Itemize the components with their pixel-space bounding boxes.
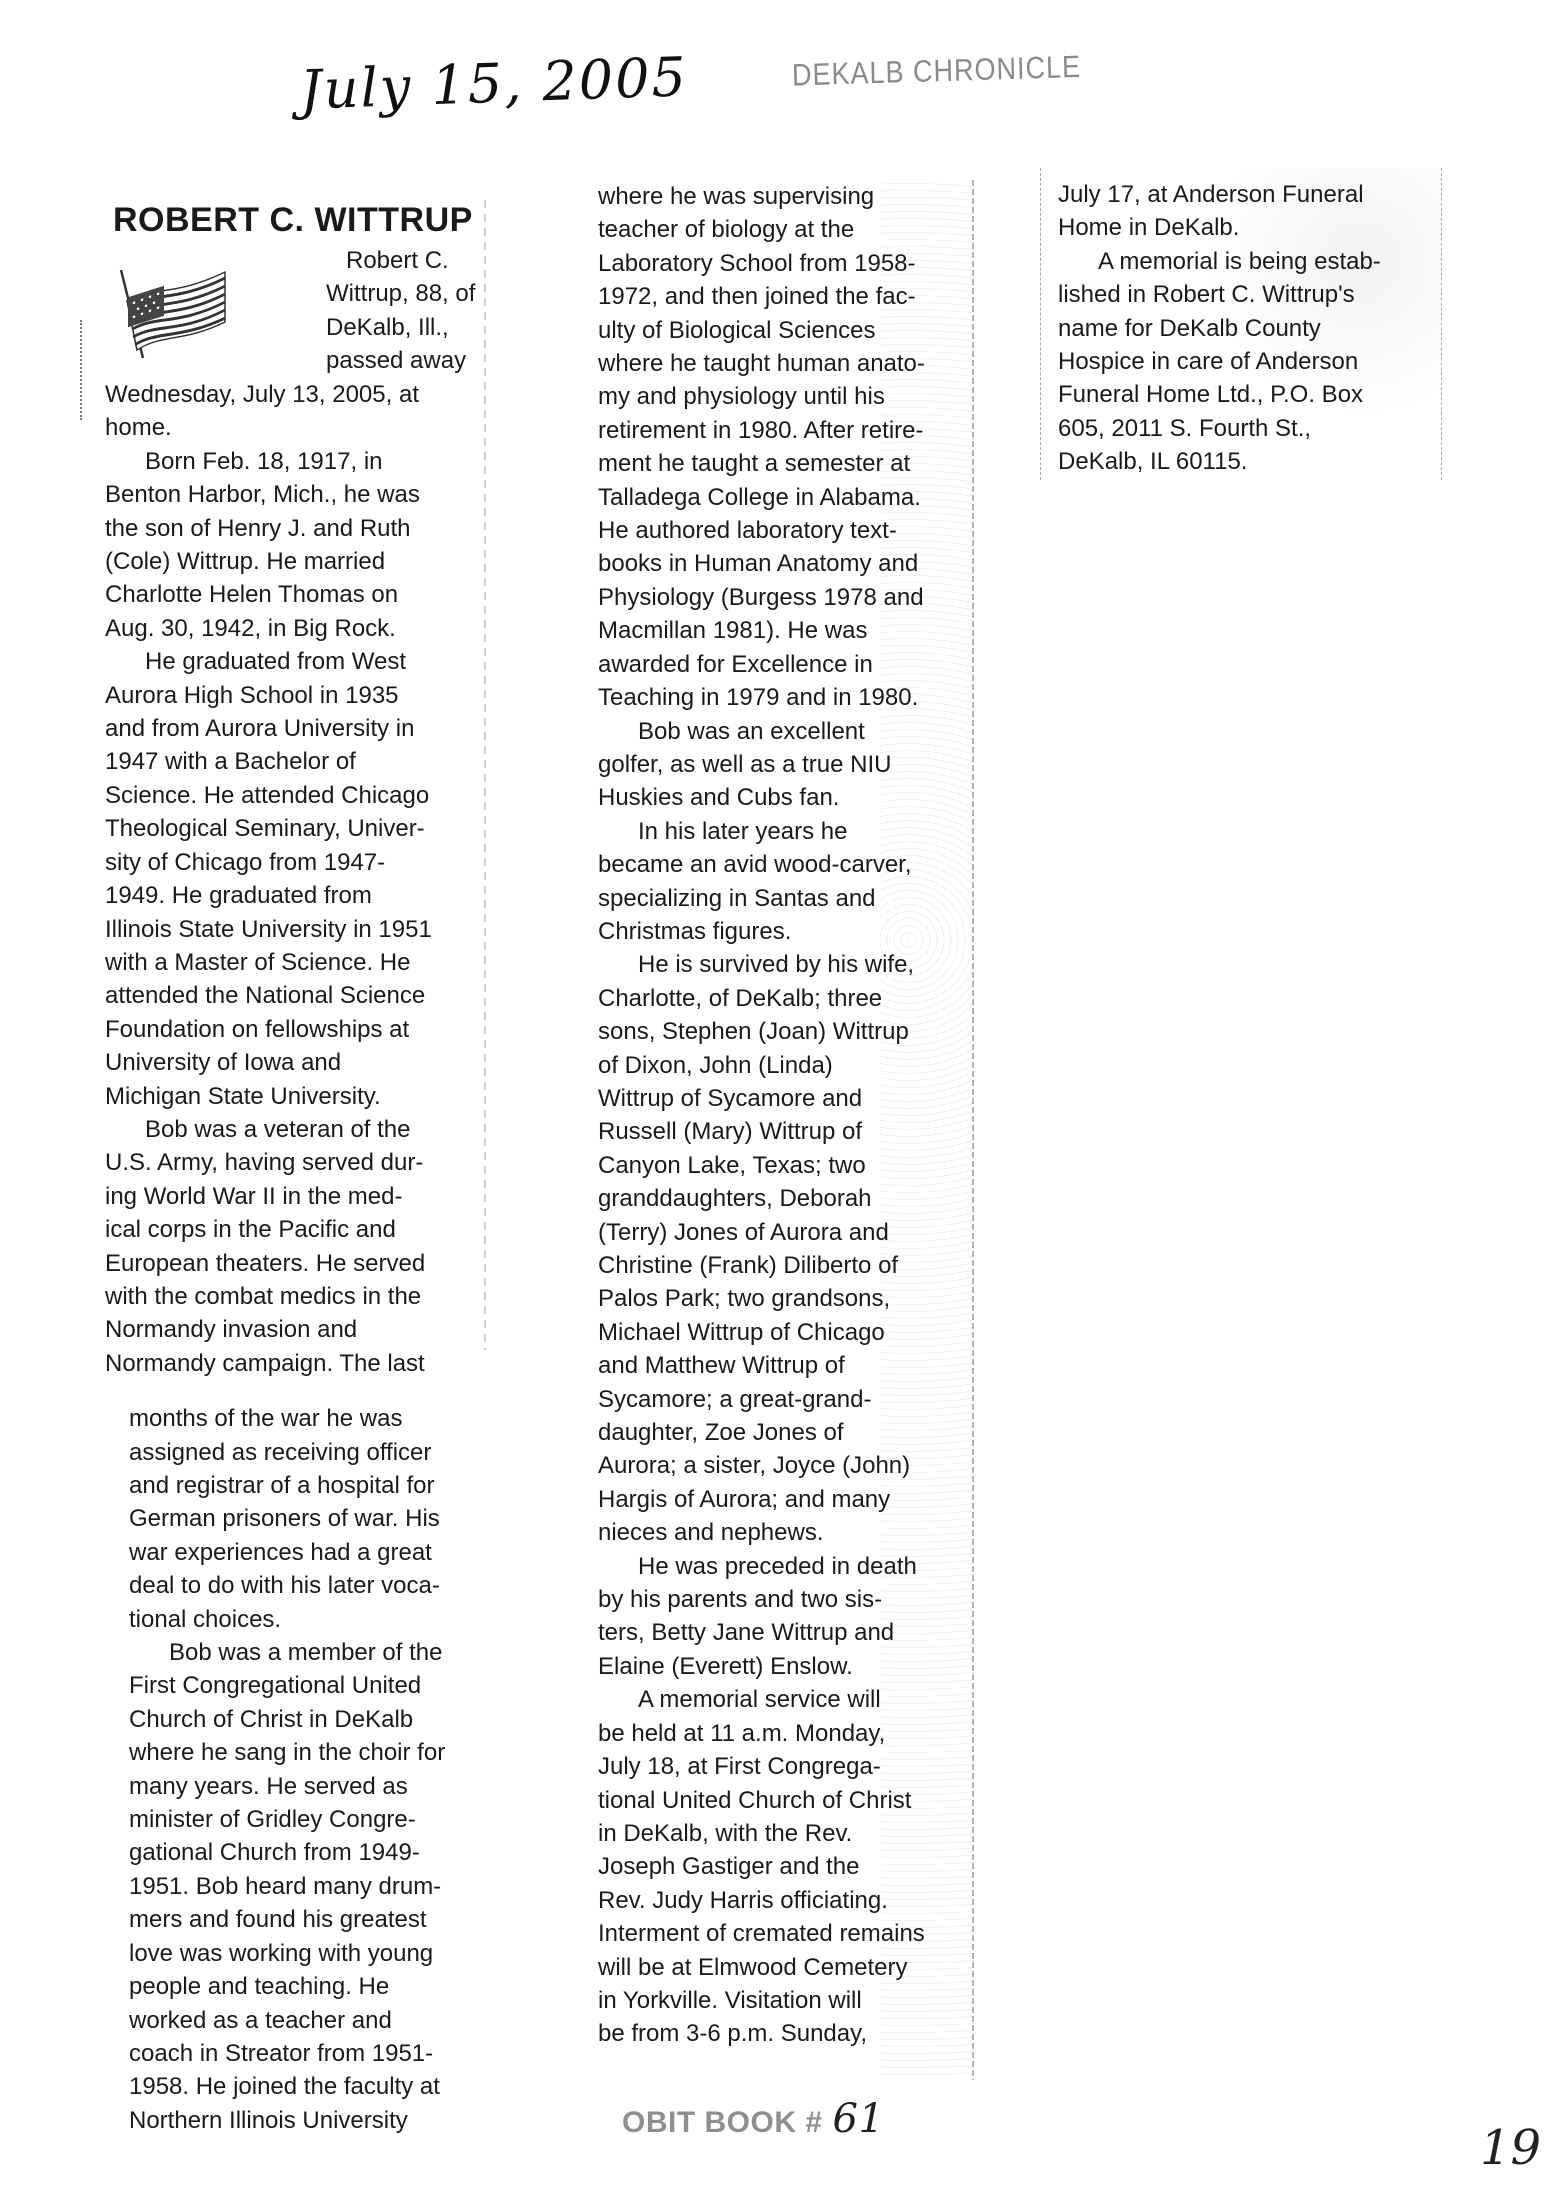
text-line: Joseph Gastiger and the [598,1850,976,1883]
text-line: people and teaching. He [129,1970,495,2003]
text-line: war experiences had a great [129,1536,495,1569]
text-line: Normandy invasion and [105,1313,495,1346]
text-line: (Cole) Wittrup. He married [105,545,495,578]
text-line: awarded for Excellence in [598,648,976,681]
text-line: Born Feb. 18, 1917, in [105,445,495,478]
text-line: worked as a teacher and [129,2004,495,2037]
text-line: DeKalb, IL 60115. [1058,445,1438,478]
text-line: with a Master of Science. He [105,946,495,979]
handwritten-date: July 15, 2005 [299,45,689,121]
text-line: and from Aurora University in [105,712,495,745]
text-line: Macmillan 1981). He was [598,614,976,647]
text-line: Christine (Frank) Diliberto of [598,1249,976,1282]
text-line: Science. He attended Chicago [105,779,495,812]
text-line: Benton Harbor, Mich., he was [105,478,495,511]
text-line: lished in Robert C. Wittrup's [1058,278,1438,311]
column-1-part-b: months of the war he wasassigned as rece… [105,1402,495,2137]
handwritten-page-number: 19 [1480,2120,1541,2176]
text-line: A memorial is being estab- [1058,245,1438,278]
text-line: Teaching in 1979 and in 1980. [598,681,976,714]
text-line: name for DeKalb County [1058,312,1438,345]
text-line: books in Human Anatomy and [598,547,976,580]
text-line: my and physiology until his [598,380,976,413]
intro-line: Wittrup, 88, of [318,277,475,310]
text-line: teacher of biology at the [598,213,976,246]
text-line: ment he taught a semester at [598,447,976,480]
text-line: ters, Betty Jane Wittrup and [598,1616,976,1649]
text-line: Michael Wittrup of Chicago [598,1316,976,1349]
text-line: and Matthew Wittrup of [598,1349,976,1382]
text-line: coach in Streator from 1951- [129,2037,495,2070]
text-line: be held at 11 a.m. Monday, [598,1717,976,1750]
text-line: Charlotte Helen Thomas on [105,578,495,611]
text-line: deal to do with his later voca- [129,1569,495,1602]
text-line: Aurora; a sister, Joyce (John) [598,1449,976,1482]
text-line: sity of Chicago from 1947- [105,846,495,879]
text-line: 1947 with a Bachelor of [105,745,495,778]
text-line: Palos Park; two grandsons, [598,1282,976,1315]
text-line: with the combat medics in the [105,1280,495,1313]
text-line: 1951. Bob heard many drum- [129,1870,495,1903]
text-line: Hospice in care of Anderson [1058,345,1438,378]
text-line: gational Church from 1949- [129,1836,495,1869]
text-line: Michigan State University. [105,1080,495,1113]
obit-book-stamp: OBIT BOOK #61 [622,2096,884,2142]
text-line: became an avid wood-carver, [598,848,976,881]
text-line: Russell (Mary) Wittrup of [598,1115,976,1148]
text-line: specializing in Santas and [598,882,976,915]
obituary-column-2: where he was supervisingteacher of biolo… [598,180,976,2051]
obituary-column-1: ROBERT C. WITTRUP [105,198,495,2137]
text-line: many years. He served as [129,1770,495,1803]
text-line: He is survived by his wife, [598,948,976,981]
binder-hole-mark [80,320,86,420]
column-1-part-a: Wednesday, July 13, 2005, athome.Born Fe… [105,378,495,1380]
american-flag-icon [113,262,233,362]
text-line: Talladega College in Alabama. [598,481,976,514]
intro-line: passed away [318,344,475,377]
text-line: nieces and nephews. [598,1516,976,1549]
text-line: Bob was a veteran of the [105,1113,495,1146]
text-line: golfer, as well as a true NIU [598,748,976,781]
flag-intro: Robert C. Wittrup, 88, of DeKalb, Ill., … [105,244,495,378]
text-line: ical corps in the Pacific and [105,1213,495,1246]
text-line: Foundation on fellowships at [105,1013,495,1046]
text-line: Northern Illinois University [129,2104,495,2137]
text-line: Hargis of Aurora; and many [598,1483,976,1516]
text-line: 1949. He graduated from [105,879,495,912]
intro-line: Robert C. [318,244,475,277]
text-line: ulty of Biological Sciences [598,314,976,347]
text-line: minister of Gridley Congre- [129,1803,495,1836]
text-line: in Yorkville. Visitation will [598,1984,976,2017]
text-line: tional United Church of Christ [598,1784,976,1817]
text-line: and registrar of a hospital for [129,1469,495,1502]
text-line: of Dixon, John (Linda) [598,1049,976,1082]
text-line: Church of Christ in DeKalb [129,1703,495,1736]
text-line: Interment of cremated remains [598,1917,976,1950]
text-line: He graduated from West [105,645,495,678]
text-line: Sycamore; a great-grand- [598,1383,976,1416]
text-line: 1958. He joined the faculty at [129,2070,495,2103]
text-line: A memorial service will [598,1683,976,1716]
text-line: ing World War II in the med- [105,1180,495,1213]
text-line: Theological Seminary, Univer- [105,812,495,845]
text-line: retirement in 1980. After retire- [598,414,976,447]
text-line: daughter, Zoe Jones of [598,1416,976,1449]
obituary-column-3: July 17, at Anderson FuneralHome in DeKa… [1058,178,1438,479]
text-line: by his parents and two sis- [598,1583,976,1616]
text-line: sons, Stephen (Joan) Wittrup [598,1015,976,1048]
text-line: Charlotte, of DeKalb; three [598,982,976,1015]
text-line: He was preceded in death [598,1550,976,1583]
text-line: German prisoners of war. His [129,1502,495,1535]
text-line: In his later years he [598,815,976,848]
text-line: Aug. 30, 1942, in Big Rock. [105,612,495,645]
text-line: 1972, and then joined the fac- [598,280,976,313]
text-line: in DeKalb, with the Rev. [598,1817,976,1850]
text-line: European theaters. He served [105,1247,495,1280]
newspaper-source-stamp: DEKALB CHRONICLE [792,49,1082,93]
intro-line: DeKalb, Ill., [318,311,475,344]
text-line: Canyon Lake, Texas; two [598,1149,976,1182]
text-line: U.S. Army, having served dur- [105,1146,495,1179]
text-line: mers and found his greatest [129,1903,495,1936]
text-line: University of Iowa and [105,1046,495,1079]
obit-book-number: 61 [833,2096,885,2142]
text-line: be from 3-6 p.m. Sunday, [598,2017,976,2050]
text-line: months of the war he was [129,1402,495,1435]
text-line: where he taught human anato- [598,347,976,380]
text-line: 605, 2011 S. Fourth St., [1058,412,1438,445]
text-line: attended the National Science [105,979,495,1012]
text-line: the son of Henry J. and Ruth [105,512,495,545]
text-line: July 17, at Anderson Funeral [1058,178,1438,211]
text-line: assigned as receiving officer [129,1436,495,1469]
text-line: Elaine (Everett) Enslow. [598,1650,976,1683]
text-line: will be at Elmwood Cemetery [598,1951,976,1984]
text-line: tional choices. [129,1603,495,1636]
text-line: where he sang in the choir for [129,1736,495,1769]
text-line: love was working with young [129,1937,495,1970]
text-line: He authored laboratory text- [598,514,976,547]
text-line: Normandy campaign. The last [105,1347,495,1380]
text-line: July 18, at First Congrega- [598,1750,976,1783]
text-line: Illinois State University in 1951 [105,913,495,946]
text-line: Christmas figures. [598,915,976,948]
text-line: First Congregational United [129,1669,495,1702]
text-line: Aurora High School in 1935 [105,679,495,712]
text-line: Funeral Home Ltd., P.O. Box [1058,378,1438,411]
text-line: Bob was an excellent [598,715,976,748]
text-line: Wittrup of Sycamore and [598,1082,976,1115]
text-line: (Terry) Jones of Aurora and [598,1216,976,1249]
text-line: granddaughters, Deborah [598,1182,976,1215]
text-line: Bob was a member of the [129,1636,495,1669]
text-line: Wednesday, July 13, 2005, at [105,378,495,411]
text-line: Laboratory School from 1958- [598,247,976,280]
text-line: Rev. Judy Harris officiating. [598,1884,976,1917]
intro-lines: Robert C. Wittrup, 88, of DeKalb, Ill., … [318,244,475,378]
obit-book-label: OBIT BOOK # [622,2106,823,2139]
text-line: where he was supervising [598,180,976,213]
obituary-headline: ROBERT C. WITTRUP [113,198,495,242]
text-line: Huskies and Cubs fan. [598,781,976,814]
text-line: home. [105,411,495,444]
text-line: Physiology (Burgess 1978 and [598,581,976,614]
text-line: Home in DeKalb. [1058,211,1438,244]
